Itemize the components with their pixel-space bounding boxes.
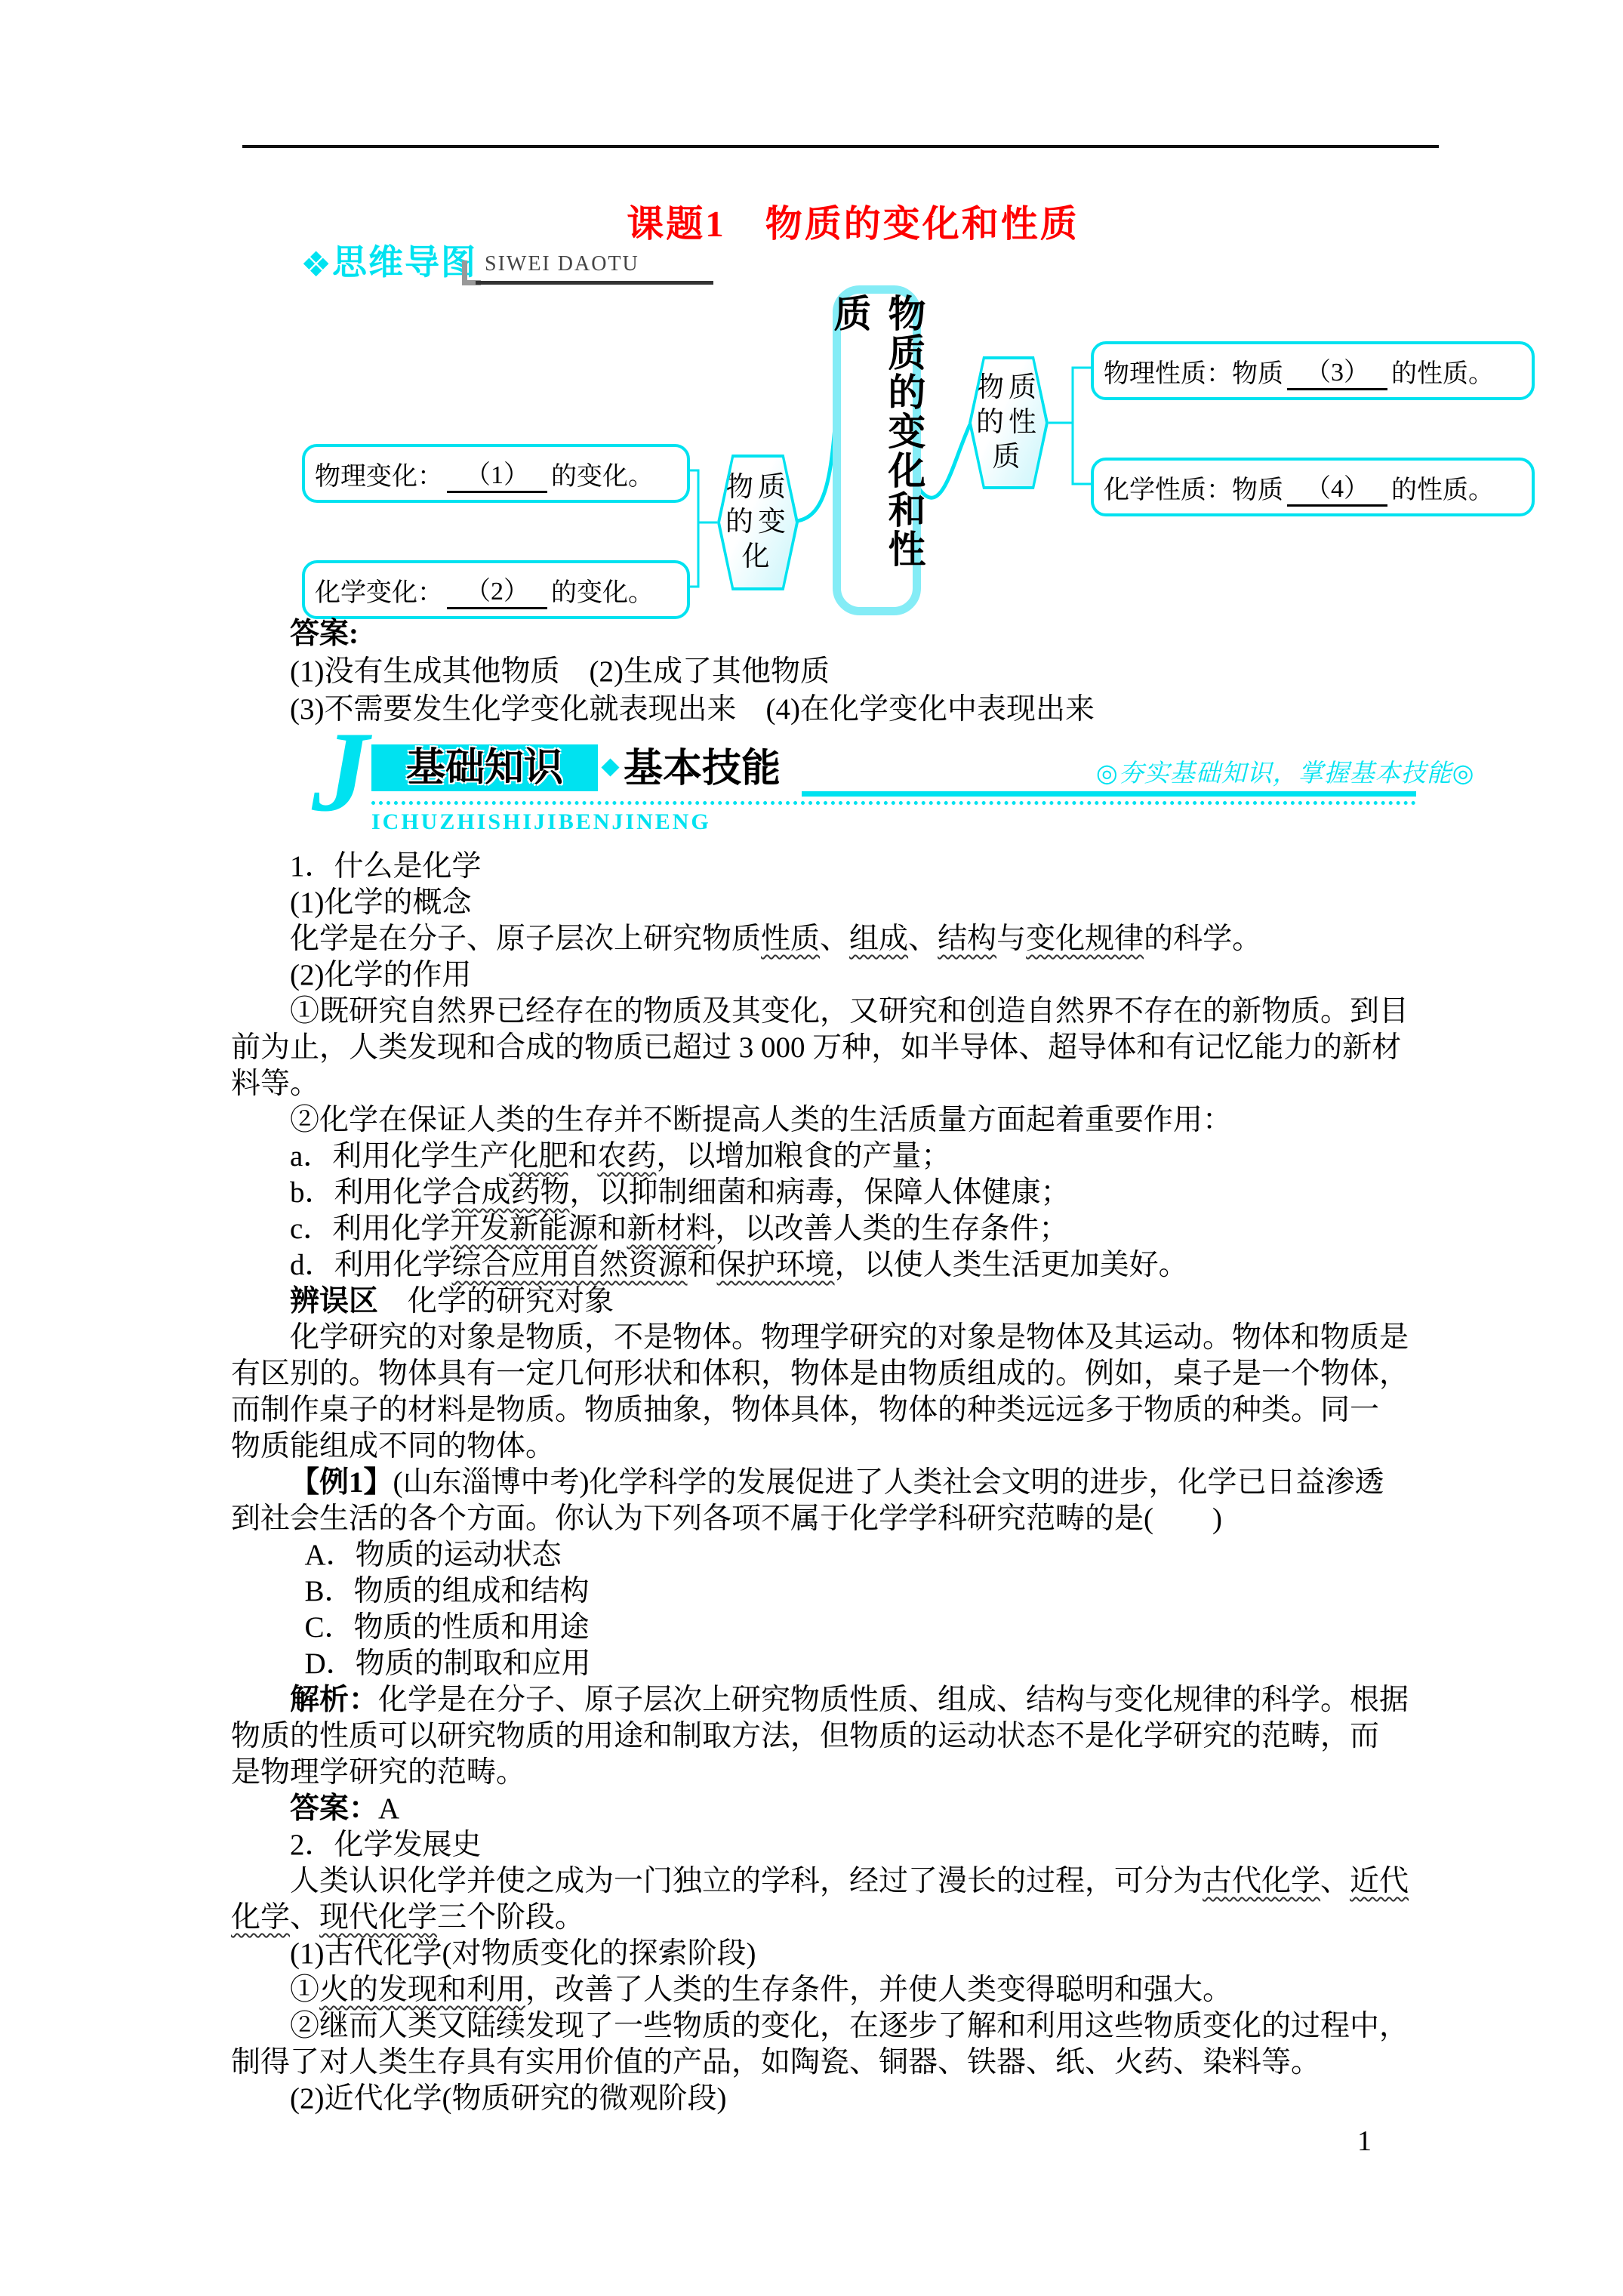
body-line: (2)化学的作用	[231, 957, 1454, 994]
body-line: ①既研究自然界已经存在的物质及其变化，又研究和创造自然界不存在的新物质。到目	[231, 994, 1454, 1030]
node-physical-property: 物理性质：物质（3）的性质。	[1091, 341, 1535, 400]
answer-line: (3)不需要发生化学变化就表现出来 (4)在化学变化中表现出来	[231, 691, 1514, 729]
body-line: 前为止，人类发现和合成的物质已超过 3 000 万种，如半导体、超导体和有记忆能…	[231, 1030, 1454, 1066]
body-text-segment: 组成	[849, 923, 908, 955]
body-line: ②继而人类又陆续发现了一些物质的变化，在逐步了解和利用这些物质变化的过程中，	[231, 2008, 1454, 2045]
page-number: 1	[1357, 2125, 1372, 2158]
body-line: 而制作桌子的材料是物质。物质抽象，物体具体，物体的种类远远多于物质的种类。同一	[231, 1392, 1454, 1428]
body-text-segment: ②化学在保证人类的生存并不断提高人类的生活质量方面起着重要作用：	[290, 1104, 1232, 1136]
node-text: 化学性质：物质	[1104, 469, 1283, 506]
body-text-segment: B．物质的组成和结构	[305, 1575, 590, 1607]
diagram-answer-block: 答案: (1)没有生成其他物质 (2)生成了其他物质 (3)不需要发生化学变化就…	[231, 615, 1514, 729]
mindmap-connector-lines	[0, 0, 1623, 680]
body-text-segment: A	[378, 1792, 399, 1825]
body-line: (2)近代化学(物质研究的微观阶段)	[231, 2081, 1454, 2117]
center-topic-label: 物质的变化和性质	[823, 294, 932, 607]
body-line: A．物质的运动状态	[231, 1537, 1454, 1573]
hexagon-label: 物质的性质	[974, 371, 1043, 476]
body-line: 【例1】(山东淄博中考)化学科学的发展促进了人类社会文明的进步，化学已日益渗透	[231, 1465, 1454, 1501]
body-text-segment: ①	[290, 1974, 319, 2006]
body-text-segment: ①既研究自然界已经存在的物质及其变化，又研究和创造自然界不存在的新物质。到目	[290, 995, 1409, 1028]
body-text-segment: 现代化学	[319, 1901, 437, 1934]
body-text-segment: ，以改善人类的生存条件；	[715, 1213, 1068, 1245]
answer-line: (1)没有生成其他物质 (2)生成了其他物质	[231, 653, 1514, 691]
body-text-segment: 和	[568, 1140, 597, 1173]
banner-pinyin: ICHUZHISHIJIBENJINENG	[371, 809, 711, 835]
body-text-segment: (山东淄博中考)化学科学的发展促进了人类社会文明的进步，化学已日益渗透	[393, 1466, 1384, 1499]
node-properties-of-matter: 物质的性质	[969, 356, 1049, 489]
node-changes-of-matter: 物质的变化	[717, 455, 799, 590]
hexagon-label: 物质的变化	[723, 470, 793, 575]
body-text-segment: (1)化学的概念	[290, 886, 471, 919]
body-line: 解析：化学是在分子、原子层次上研究物质性质、组成、结构与变化规律的科学。根据	[231, 1682, 1454, 1718]
body-text-segment: 古代化学	[1203, 1865, 1320, 1897]
body-text-segment: 、	[820, 923, 849, 955]
body-text-segment: a．利用化学生产	[290, 1140, 509, 1173]
body-line: 料等。	[231, 1066, 1454, 1102]
diamond-separator-icon	[601, 758, 619, 776]
body-text-segment: 开发新能源	[450, 1213, 597, 1245]
body-line: (1)古代化学(对物质变化的探索阶段)	[231, 1936, 1454, 1972]
body-line: 是物理学研究的范畴。	[231, 1755, 1454, 1791]
body-text-segment: (1)古代化学(对物质变化的探索阶段)	[290, 1937, 756, 1970]
body-text-segment: 结构	[938, 923, 996, 955]
banner-dotted-rule	[371, 801, 1416, 805]
body-text-segment: 人类认识化学并使之成为一门独立的学科，经过了漫长的过程，可分为	[290, 1865, 1203, 1897]
banner-title-part2: 基本技能	[624, 749, 781, 788]
body-text-segment: 近代	[1350, 1865, 1409, 1897]
body-text-segment: 制得了对人类生存具有实用价值的产品，如陶瓷、铜器、铁器、纸、火药、染料等。	[231, 2046, 1320, 2079]
node-text: 物理性质：物质	[1104, 353, 1283, 390]
body-text-segment: 、	[1320, 1865, 1350, 1897]
body-line: 辨误区 化学的研究对象	[231, 1284, 1454, 1320]
body-text-segment: 料等。	[231, 1068, 319, 1100]
body-text-segment: 变化规律	[1026, 923, 1144, 955]
body-line: C．物质的性质和用途	[231, 1610, 1454, 1646]
body-text-segment: 1．什么是化学	[290, 850, 482, 883]
body-text: 1．什么是化学(1)化学的概念化学是在分子、原子层次上研究物质性质、组成、结构与…	[231, 849, 1454, 2117]
body-text-segment: ②继而人类又陆续发现了一些物质的变化，在逐步了解和利用这些物质变化的过程中，	[290, 2010, 1409, 2042]
body-text-segment: ，以抑制细菌和病毒，保障人体健康；	[570, 1176, 1070, 1209]
body-text-segment: c．利用化学	[290, 1213, 450, 1245]
body-line: 到社会生活的各个方面。你认为下列各项不属于化学学科研究范畴的是( )	[231, 1501, 1454, 1537]
body-line: c．利用化学开发新能源和新材料，以改善人类的生存条件；	[231, 1211, 1454, 1247]
body-text-segment: 化学	[231, 1901, 290, 1934]
body-line: 1．什么是化学	[231, 849, 1454, 885]
body-text-segment: 是物理学研究的范畴。	[231, 1756, 525, 1789]
node-chemical-change: 化学变化：（2）的变化。	[302, 560, 690, 619]
blank-3: （3）	[1287, 351, 1387, 390]
body-line: 有区别的。物体具有一定几何形状和体积，物体是由物质组成的。例如，桌子是一个物体，	[231, 1356, 1454, 1392]
blank-1: （1）	[447, 454, 547, 493]
node-text: 的性质。	[1391, 469, 1494, 506]
body-text-segment: 到社会生活的各个方面。你认为下列各项不属于化学学科研究范畴的是( )	[231, 1502, 1222, 1535]
body-line: 制得了对人类生存具有实用价值的产品，如陶瓷、铜器、铁器、纸、火药、染料等。	[231, 2045, 1454, 2081]
body-text-segment: ，以使人类生活更加美好。	[835, 1249, 1188, 1281]
body-line: 化学是在分子、原子层次上研究物质性质、组成、结构与变化规律的科学。	[231, 921, 1454, 957]
body-text-segment: 有区别的。物体具有一定几何形状和体积，物体是由物质组成的。例如，桌子是一个物体，	[231, 1358, 1409, 1390]
body-text-segment: 物质能组成不同的物体。	[231, 1430, 555, 1462]
node-text: 的变化。	[551, 455, 654, 492]
body-text-segment: 的科学。	[1144, 923, 1261, 955]
body-text-segment: (2)近代化学(物质研究的微观阶段)	[290, 2082, 726, 2115]
body-line: 物质能组成不同的物体。	[231, 1428, 1454, 1465]
node-chemical-property: 化学性质：物质（4）的性质。	[1091, 458, 1535, 516]
body-line: 化学研究的对象是物质，不是物体。物理学研究的对象是物体及其运动。物体和物质是	[231, 1320, 1454, 1356]
answer-label: 答案:	[231, 615, 1514, 653]
node-text: 化学变化：	[315, 572, 443, 609]
body-text-segment: b．利用化学	[290, 1176, 452, 1209]
body-text-segment: 【例1】	[290, 1466, 393, 1499]
body-text-segment: C．物质的性质和用途	[305, 1611, 590, 1644]
body-text-segment: ，以增加粮食的产量；	[656, 1140, 950, 1173]
body-text-segment: 化肥	[509, 1140, 568, 1173]
body-text-segment: ，改善了人类的生存条件，并使人类变得聪明和强大。	[525, 1974, 1232, 2006]
body-text-segment: 综合应用自然资源	[452, 1249, 688, 1281]
body-text-segment: 、	[290, 1901, 319, 1934]
body-line: 人类认识化学并使之成为一门独立的学科，经过了漫长的过程，可分为古代化学、近代	[231, 1863, 1454, 1900]
body-text-segment: 三个阶段。	[437, 1901, 584, 1934]
body-text-segment: 、	[908, 923, 938, 955]
banner-title-part1: 基础知识	[406, 748, 563, 787]
node-physical-change: 物理变化：（1）的变化。	[302, 444, 690, 503]
node-text: 的性质。	[1391, 353, 1494, 390]
body-text-segment: 化学研究的对象是物质，不是物体。物理学研究的对象是物体及其运动。物体和物质是	[290, 1321, 1409, 1354]
body-text-segment: 解析：	[290, 1684, 378, 1716]
body-text-segment: 化学的研究对象	[378, 1285, 614, 1318]
body-line: 答案：A	[231, 1791, 1454, 1827]
body-line: b．利用化学合成药物，以抑制细菌和病毒，保障人体健康；	[231, 1175, 1454, 1211]
body-line: B．物质的组成和结构	[231, 1573, 1454, 1610]
banner-slogan: ◎夯实基础知识，掌握基本技能◎	[1096, 754, 1475, 789]
body-line: 物质的性质可以研究物质的用途和制取方法，但物质的运动状态不是化学研究的范畴，而	[231, 1718, 1454, 1755]
node-text: 物理变化：	[315, 455, 443, 492]
body-text-segment: (2)化学的作用	[290, 959, 471, 991]
body-line: 化学、现代化学三个阶段。	[231, 1900, 1454, 1936]
banner-solid-rule	[802, 791, 1416, 797]
body-text-segment: D．物质的制取和应用	[305, 1647, 591, 1680]
body-line: d．利用化学综合应用自然资源和保护环境，以使人类生活更加美好。	[231, 1247, 1454, 1284]
body-line: D．物质的制取和应用	[231, 1646, 1454, 1682]
body-line: a．利用化学生产化肥和农药，以增加粮食的产量；	[231, 1139, 1454, 1175]
blank-2: （2）	[447, 570, 547, 609]
body-text-segment: 化学是在分子、原子层次上研究物质	[290, 923, 761, 955]
body-line: 2．化学发展史	[231, 1827, 1454, 1863]
node-text: 的变化。	[551, 572, 654, 609]
body-line: ①火的发现和利用，改善了人类的生存条件，并使人类变得聪明和强大。	[231, 1972, 1454, 2008]
blank-4: （4）	[1287, 467, 1387, 507]
body-text-segment: 辨误区	[290, 1285, 378, 1318]
node-center-topic: 物质的变化和性质	[833, 285, 921, 615]
banner-highlight-block: 基础知识	[371, 744, 598, 791]
body-text-segment: 与	[996, 923, 1026, 955]
body-text-segment: 新材料	[627, 1213, 715, 1245]
body-text-segment: 和	[597, 1213, 627, 1245]
body-text-segment: d．利用化学	[290, 1249, 452, 1281]
body-text-segment: 化学是在分子、原子层次上研究物质性质、组成、结构与变化规律的科学。根据	[378, 1684, 1409, 1716]
body-text-segment: 答案：	[290, 1792, 378, 1825]
body-text-segment: A．物质的运动状态	[305, 1539, 562, 1571]
body-text-segment: 前为止，人类发现和合成的物质已超过 3 000 万种，如半导体、超导体和有记忆能…	[231, 1031, 1401, 1064]
body-text-segment: 合成药物	[452, 1176, 570, 1209]
body-text-segment: 和	[688, 1249, 717, 1281]
body-text-segment: 而制作桌子的材料是物质。物质抽象，物体具体，物体的种类远远多于物质的种类。同一	[231, 1394, 1379, 1426]
body-text-segment: 物质的性质可以研究物质的用途和制取方法，但物质的运动状态不是化学研究的范畴，而	[231, 1720, 1379, 1752]
banner-initial-letter: J	[312, 714, 369, 829]
body-line: ②化学在保证人类的生存并不断提高人类的生活质量方面起着重要作用：	[231, 1102, 1454, 1139]
body-text-segment: 火的发现和利用	[319, 1974, 525, 2006]
body-text-segment: 农药	[597, 1140, 656, 1173]
body-text-segment: 性质	[761, 923, 820, 955]
body-text-segment: 2．化学发展史	[290, 1829, 482, 1861]
body-text-segment: 保护环境	[717, 1249, 835, 1281]
document-page: 课题1 物质的变化和性质 ❖ 思维导图 SIWEI DAOTU 物理变化：（1）…	[0, 0, 1623, 2296]
body-line: (1)化学的概念	[231, 885, 1454, 921]
